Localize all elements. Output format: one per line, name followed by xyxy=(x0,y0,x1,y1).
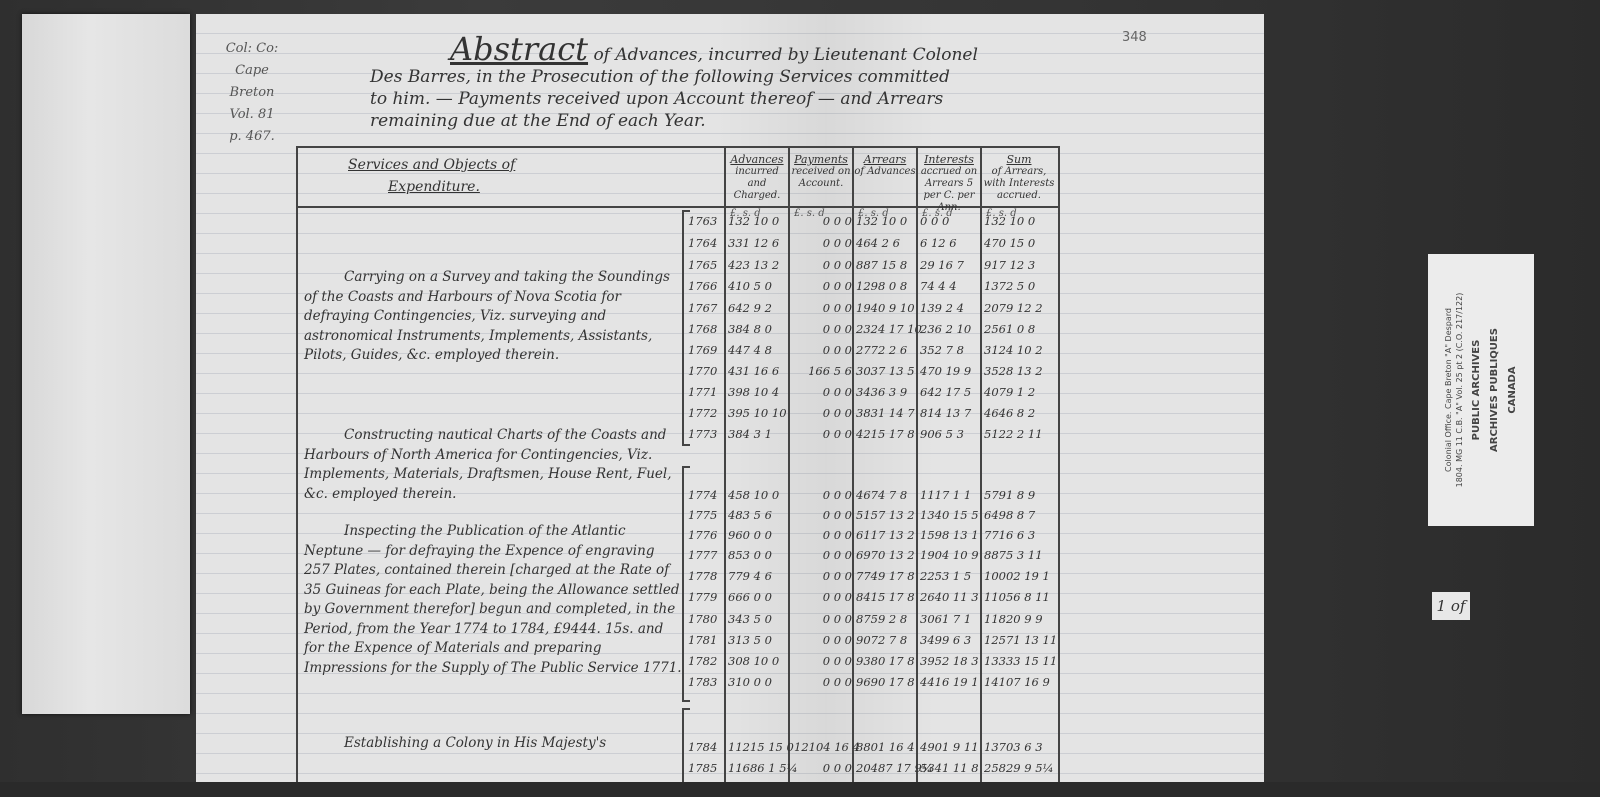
archive-reference: 1804. MG 11 C.B. "A" Vol. 25 pt 2 (C.O. … xyxy=(1454,260,1465,520)
section-description: Constructing nautical Charts of the Coas… xyxy=(304,426,684,504)
folio-number: 348 xyxy=(1122,30,1147,45)
margin-reference: Col: Co: Cape Breton Vol. 81 p. 467. xyxy=(222,38,282,148)
archive-label-card: Colonial Office. Cape Breton "A" Despard… xyxy=(1428,254,1534,526)
margin-line: Cape Breton xyxy=(222,60,282,104)
header-advances: Advances incurred and Charged. xyxy=(726,154,788,202)
facing-blank-page xyxy=(22,14,190,714)
header-services: Services and Objects of Expenditure. xyxy=(348,154,515,198)
section-description: Inspecting the Publication of the Atlant… xyxy=(304,522,684,678)
title-abstract: Abstract xyxy=(450,30,588,68)
section-description: Carrying on a Survey and taking the Soun… xyxy=(304,268,684,366)
header-sum: Sum of Arrears, with Interests accrued. xyxy=(982,154,1056,202)
title-line4: remaining due at the End of each Year. xyxy=(370,110,1060,132)
title-line3: to him. — Payments received upon Account… xyxy=(370,88,1060,110)
title-line2: Des Barres, in the Prosecution of the fo… xyxy=(370,66,1060,88)
margin-line: Vol. 81 xyxy=(222,104,282,126)
title-line1: of Advances, incurred by Lieutenant Colo… xyxy=(593,45,978,65)
section-description: Establishing a Colony in His Majesty's xyxy=(304,734,684,754)
archive-reference: Colonial Office. Cape Breton "A" Despard xyxy=(1443,260,1454,520)
archive-institution: PUBLIC ARCHIVES xyxy=(1471,260,1483,520)
header-arrears: Arrears of Advances xyxy=(854,154,916,178)
header-payments: Payments received on Account. xyxy=(790,154,852,190)
archive-institution: ARCHIVES PUBLIQUES xyxy=(1489,260,1501,520)
archive-country: CANADA xyxy=(1507,260,1519,520)
film-edge xyxy=(0,782,1600,797)
sheet-tag: 1 of xyxy=(1432,592,1470,620)
header-interest: Interests accrued on Arrears 5 per C. pe… xyxy=(918,154,980,214)
margin-line: p. 467. xyxy=(222,126,282,148)
abstract-table: Services and Objects of Expenditure. Adv… xyxy=(296,146,1060,797)
document-title: Abstract of Advances, incurred by Lieute… xyxy=(370,38,1060,132)
column-divider xyxy=(852,148,854,797)
margin-line: Col: Co: xyxy=(222,38,282,60)
